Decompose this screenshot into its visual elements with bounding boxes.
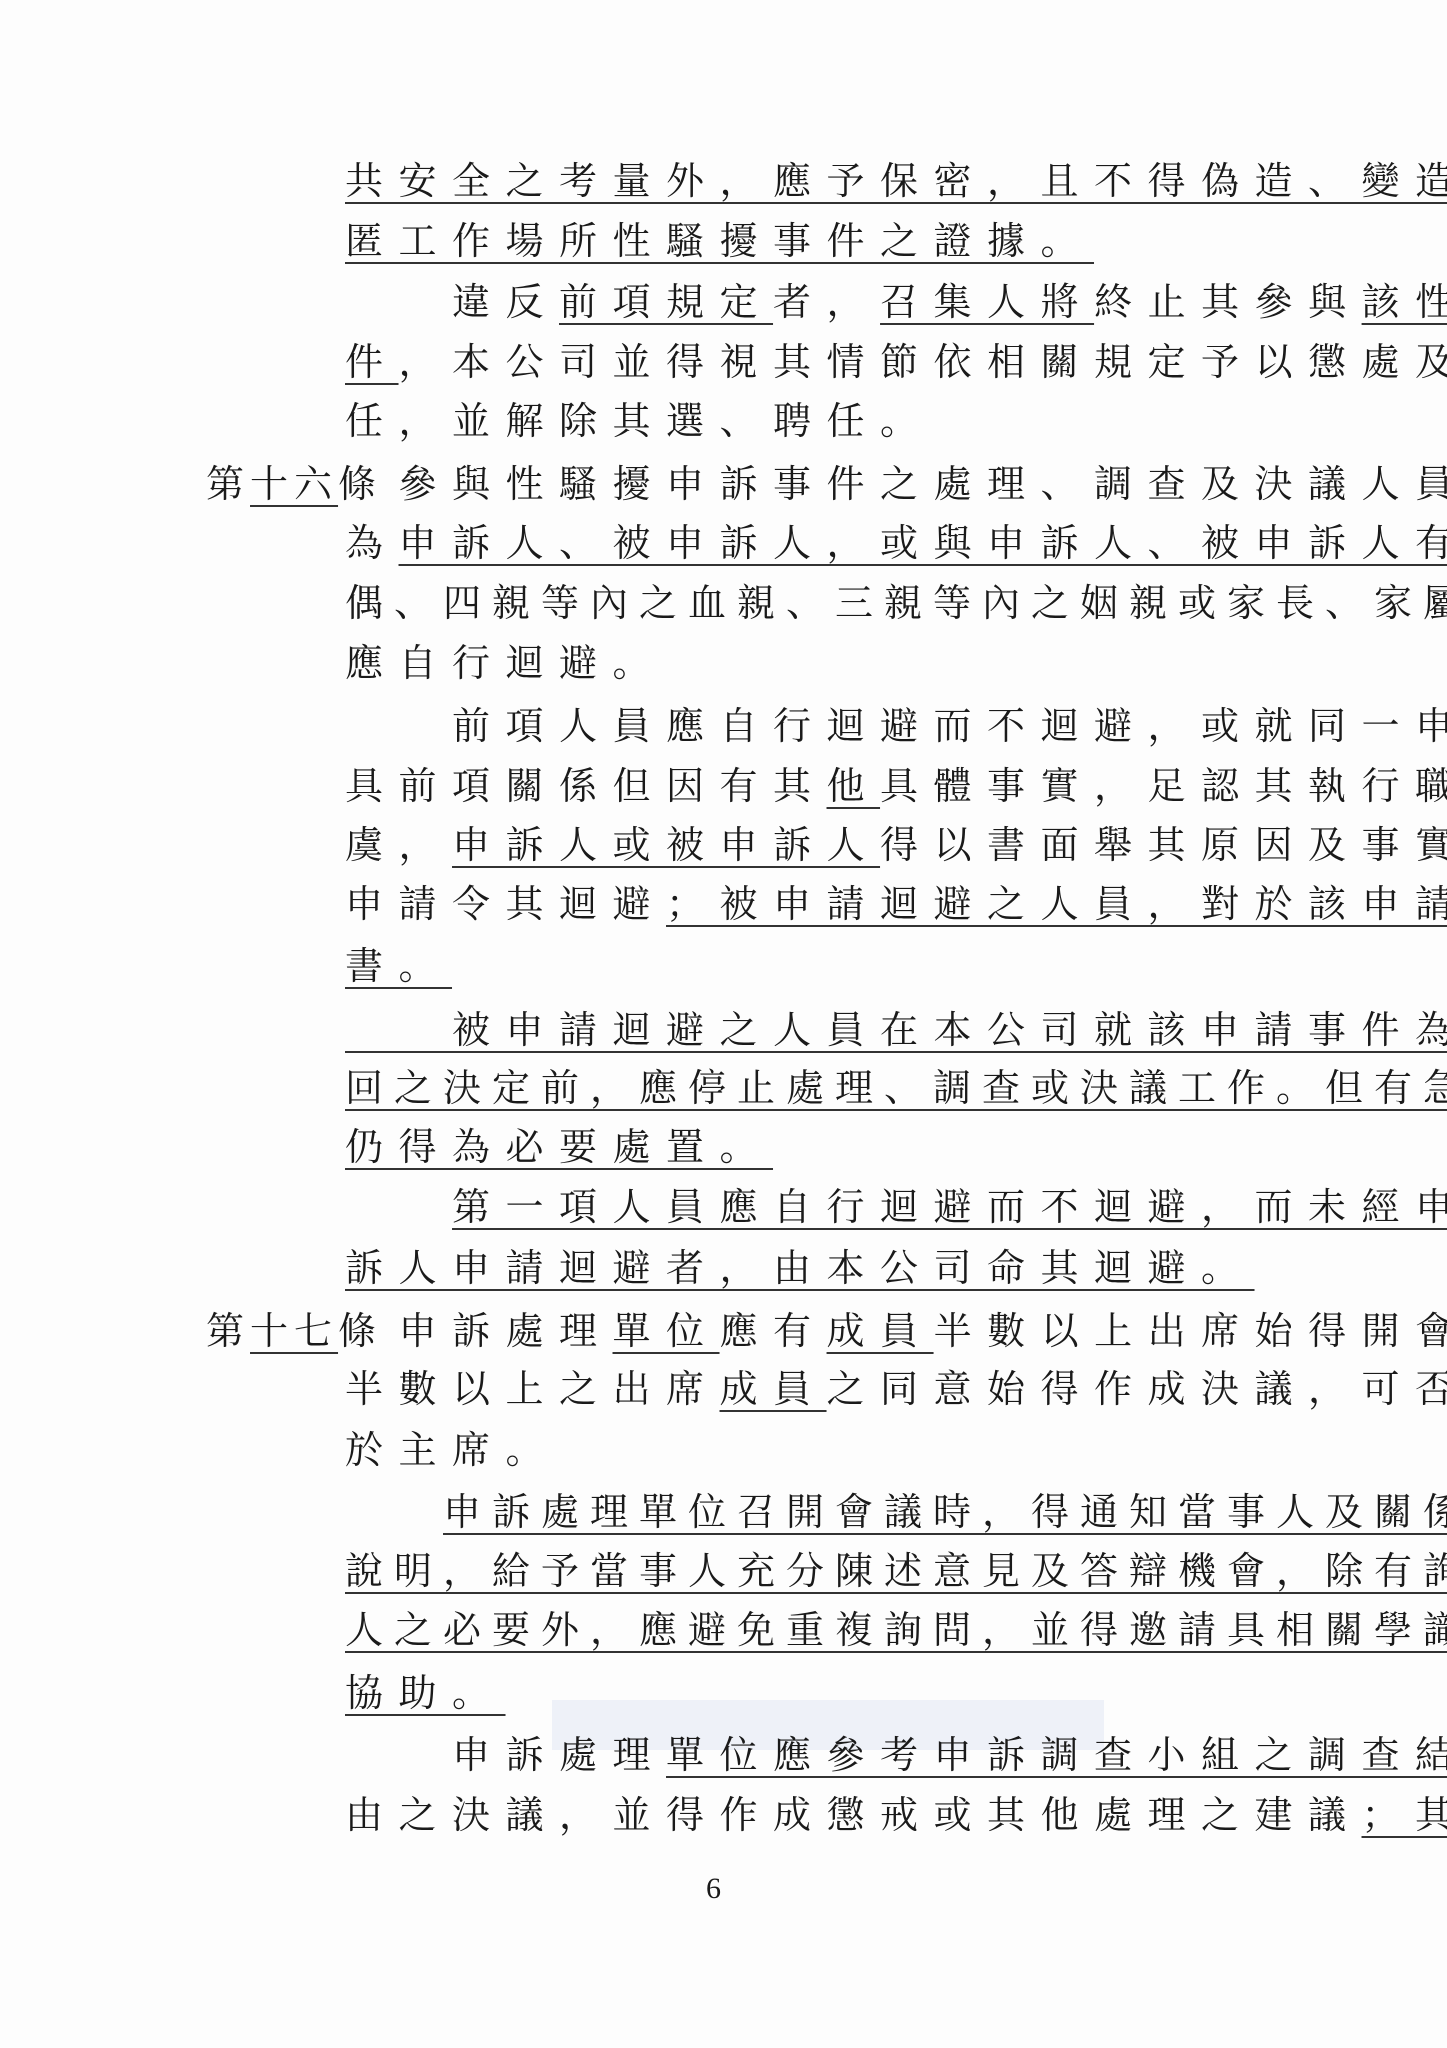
text-segment: 由之決議，並得作成懲戒或其他處理之建議 (345, 1793, 1362, 1837)
underlined-text: 他 (827, 764, 881, 808)
text-line: 申訴處理單位召開會議時，得通知當事人及關係人到場 (345, 1482, 1225, 1542)
text-segment: 參與性騷擾申訴事件之處理、調查及決議人員，其本人 (345, 462, 1447, 506)
underlined-text: 前項規定 (559, 280, 773, 324)
text-line: 申訴處理單位應有成員半數以上出席始得開會，並應有 (345, 1301, 1225, 1361)
text-segment: 應有 (720, 1309, 827, 1353)
underlined-text: 人之必要外，應避免重複詢問，並得邀請具相關學識經驗者 (345, 1608, 1447, 1652)
underlined-text: 書。 (345, 944, 452, 988)
text-line: 違反前項規定者，召集人將終止其參與該性騷擾申訴事 (345, 272, 1225, 332)
text-line: 於主席。 (345, 1420, 1225, 1480)
text-line: 仍得為必要處置。 (345, 1117, 1225, 1177)
underlined-text: 件 (345, 340, 399, 384)
text-segment: 前項人員應自行迴避而不迴避，或就同一申訴事件雖不 (345, 704, 1447, 748)
underlined-text: 單位應參考申訴調查小組之調查結果， (666, 1733, 1447, 1777)
underlined-text: 共安全之考量外，應予保密，且不得偽造、變造、湮滅或隱 (345, 159, 1447, 203)
text-segment: 之同意始得作成決議，可否同數時取決 (827, 1367, 1447, 1411)
text-segment: 應自行迴避。 (345, 641, 666, 685)
underlined-text: 被申請迴避之人員在本公司就該申請事件為准許或駁 (345, 1008, 1447, 1052)
text-line: 具前項關係但因有其他具體事實，足認其執行職務有偏頗之 (345, 756, 1225, 816)
text-line: 訴人申請迴避者，由本公司命其迴避。 (345, 1238, 1225, 1298)
text-line: 由之決議，並得作成懲戒或其他處理之建議；其決議，應以 (345, 1785, 1225, 1845)
text-segment (345, 1185, 452, 1229)
label-prefix: 第 (206, 462, 250, 506)
underlined-text: 成員 (720, 1367, 827, 1411)
label-number: 十六 (250, 462, 338, 506)
underlined-text: 仍得為必要處置。 (345, 1125, 773, 1169)
text-segment: 申訴處理 (345, 1309, 613, 1353)
underlined-text: 單位 (613, 1309, 720, 1353)
text-line: 為申訴人、被申訴人，或與申訴人、被申訴人有配偶、前配 (345, 513, 1225, 573)
text-segment: 終止其參與 (1094, 280, 1362, 324)
text-line: 被申請迴避之人員在本公司就該申請事件為准許或駁 (345, 1000, 1225, 1060)
text-segment: 虞， (345, 823, 452, 867)
text-line: 人之必要外，應避免重複詢問，並得邀請具相關學識經驗者 (345, 1600, 1225, 1660)
text-line: 說明，給予當事人充分陳述意見及答辯機會，除有詢問當事 (345, 1541, 1225, 1601)
text-line: 共安全之考量外，應予保密，且不得偽造、變造、湮滅或隱 (345, 151, 1225, 211)
underlined-text: ；被申請迴避之人員，對於該申請得提出意見 (666, 882, 1447, 926)
text-segment: 為 (345, 521, 399, 565)
text-line: 偶、四親等內之血親、三親等內之姻親或家長、家屬關係者， (345, 573, 1225, 633)
text-line: 第一項人員應自行迴避而不迴避，而未經申訴人或被申 (345, 1177, 1225, 1237)
text-line: 申請令其迴避；被申請迴避之人員，對於該申請得提出意見 (345, 874, 1225, 934)
label-prefix: 第 (206, 1309, 250, 1353)
underlined-text: 申訴處理單位召開會議時，得通知當事人及關係人到場 (443, 1490, 1447, 1534)
text-segment: 違反 (345, 280, 559, 324)
text-line: 書。 (345, 936, 1225, 996)
text-segment: 偶、四親等內之血親、三親等內之姻親或家長、家屬關係者， (345, 581, 1447, 625)
page-number: 6 (706, 1872, 721, 1906)
underlined-text: 訴人申請迴避者，由本公司命其迴避。 (345, 1246, 1255, 1290)
underlined-text: 說明，給予當事人充分陳述意見及答辯機會，除有詢問當事 (345, 1549, 1447, 1593)
document-page: 第十六條 第十七條 共安全之考量外，應予保密，且不得偽造、變造、湮滅或隱匿工作場… (0, 0, 1447, 2048)
text-segment (345, 1490, 443, 1534)
underlined-text: 申訴人或被申訴人 (452, 823, 880, 867)
text-segment: ，本公司並得視其情節依相關規定予以懲處及追究相關責 (399, 340, 1447, 384)
underlined-text: ；其 (1362, 1793, 1447, 1837)
underlined-text: 該性騷擾申訴事 (1362, 280, 1447, 324)
text-segment: 具體事實，足認其執行職務有偏頗之 (880, 764, 1447, 808)
underlined-text: 匿工作場所性騷擾事件之證據。 (345, 219, 1094, 263)
text-line: 參與性騷擾申訴事件之處理、調查及決議人員，其本人 (345, 454, 1225, 514)
underlined-text: 回之決定前，應停止處理、調查或決議工作。但有急迫情形， (345, 1066, 1447, 1110)
text-segment: 得以書面舉其原因及事實，向 (880, 823, 1447, 867)
text-line: 半數以上之出席成員之同意始得作成決議，可否同數時取決 (345, 1359, 1225, 1419)
label-number: 十七 (250, 1309, 338, 1353)
text-segment: 半數以上之出席 (345, 1367, 720, 1411)
text-line: 前項人員應自行迴避而不迴避，或就同一申訴事件雖不 (345, 696, 1225, 756)
underlined-text: 召集人將 (880, 280, 1094, 324)
text-segment: 任，並解除其選、聘任。 (345, 399, 934, 443)
text-segment: 申請令其迴避 (345, 882, 666, 926)
text-segment: 半數以上出席始得開會，並應有 (934, 1309, 1447, 1353)
text-line: 虞，申訴人或被申訴人得以書面舉其原因及事實，向本公司 (345, 815, 1225, 875)
text-line: 匿工作場所性騷擾事件之證據。 (345, 211, 1225, 271)
text-line: 回之決定前，應停止處理、調查或決議工作。但有急迫情形， (345, 1058, 1225, 1118)
underlined-text: 申訴人、被申訴人，或與申訴人、被申訴人有 (399, 521, 1447, 565)
text-line: 申訴處理單位應參考申訴調查小組之調查結果，為附理 (345, 1725, 1225, 1785)
text-line: 件，本公司並得視其情節依相關規定予以懲處及追究相關責 (345, 332, 1225, 392)
underlined-text: 協助。 (345, 1671, 506, 1715)
underlined-text: 第一項人員應自行迴避而不迴避，而未經申訴人或被申 (452, 1185, 1447, 1229)
text-segment: 者， (773, 280, 880, 324)
text-line: 任，並解除其選、聘任。 (345, 391, 1225, 451)
text-segment: 申訴處理 (345, 1733, 666, 1777)
text-segment: 於主席。 (345, 1428, 559, 1472)
underlined-text: 成員 (827, 1309, 934, 1353)
text-line: 應自行迴避。 (345, 633, 1225, 693)
text-segment: 具前項關係但因有其 (345, 764, 827, 808)
text-line: 協助。 (345, 1663, 1225, 1723)
